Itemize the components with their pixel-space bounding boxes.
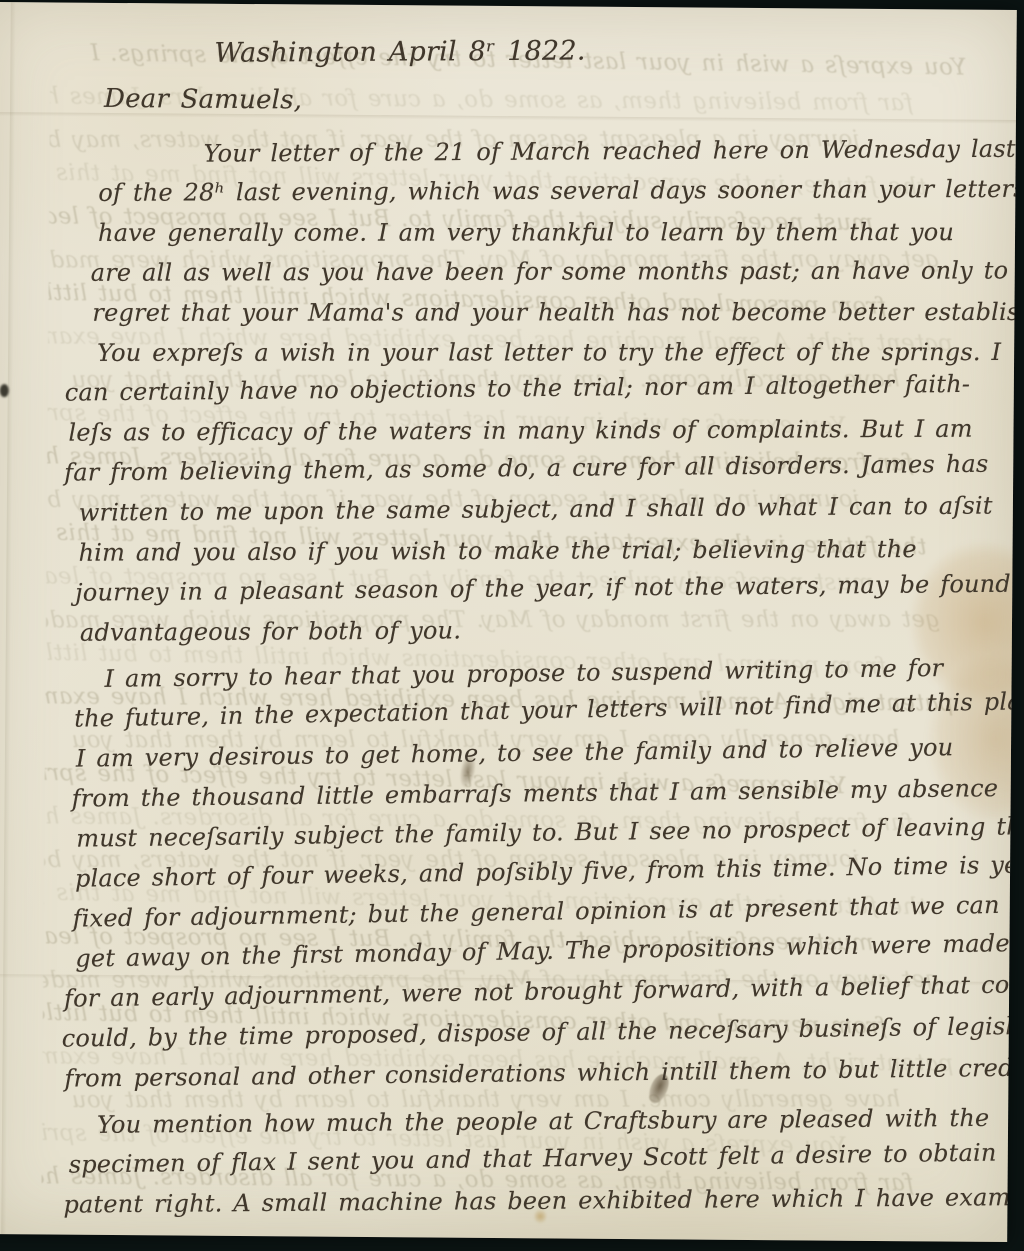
- letter-line: regret that your Mama's and your health …: [92, 292, 1009, 333]
- letter-page: You expreſs a wish in your last letter t…: [0, 2, 1017, 1242]
- dateline: Washington April 8ʳ 1822.: [214, 29, 1011, 74]
- letter-line: of the 28ʰ last evening, which was sever…: [98, 169, 1010, 213]
- scan-background: { "page": { "backdrop_color": "#0b1413",…: [0, 0, 1024, 1251]
- letter-line: journey in a pleasant season of the year…: [75, 564, 1007, 613]
- salutation: Dear Samuels,: [104, 79, 1011, 126]
- letter-line: advantageous for both of you.: [80, 607, 1007, 653]
- paragraph: I am sorry to hear that you propose to s…: [51, 659, 1006, 1106]
- letter-line: patent right. A small machine has been e…: [63, 1177, 1002, 1224]
- letter-line: written to me upon the same subject, and…: [79, 485, 1008, 532]
- letter-line: are all as well as you have been for som…: [91, 250, 1010, 292]
- letter-paragraphs: Your letter of the 21 of March reached h…: [50, 133, 1011, 1232]
- scan-backdrop: You expreſs a wish in your last letter t…: [0, 0, 1024, 1251]
- letter-line: can certainly have no objections to the …: [65, 364, 1009, 413]
- letter-body: Washington April 8ʳ 1822. Dear Samuels, …: [50, 33, 1011, 1232]
- paragraph: Your letter of the 21 of March reached h…: [55, 133, 1011, 660]
- letter-line: Your letter of the 21 of March reached h…: [204, 129, 1011, 174]
- letter-line: far from believing them, as some do, a c…: [64, 444, 1008, 493]
- letter-line: have generally come. I am very thankful …: [98, 212, 1010, 253]
- edge-mark: [0, 384, 9, 397]
- paragraph: You mention how much the people at Craft…: [50, 1104, 1003, 1231]
